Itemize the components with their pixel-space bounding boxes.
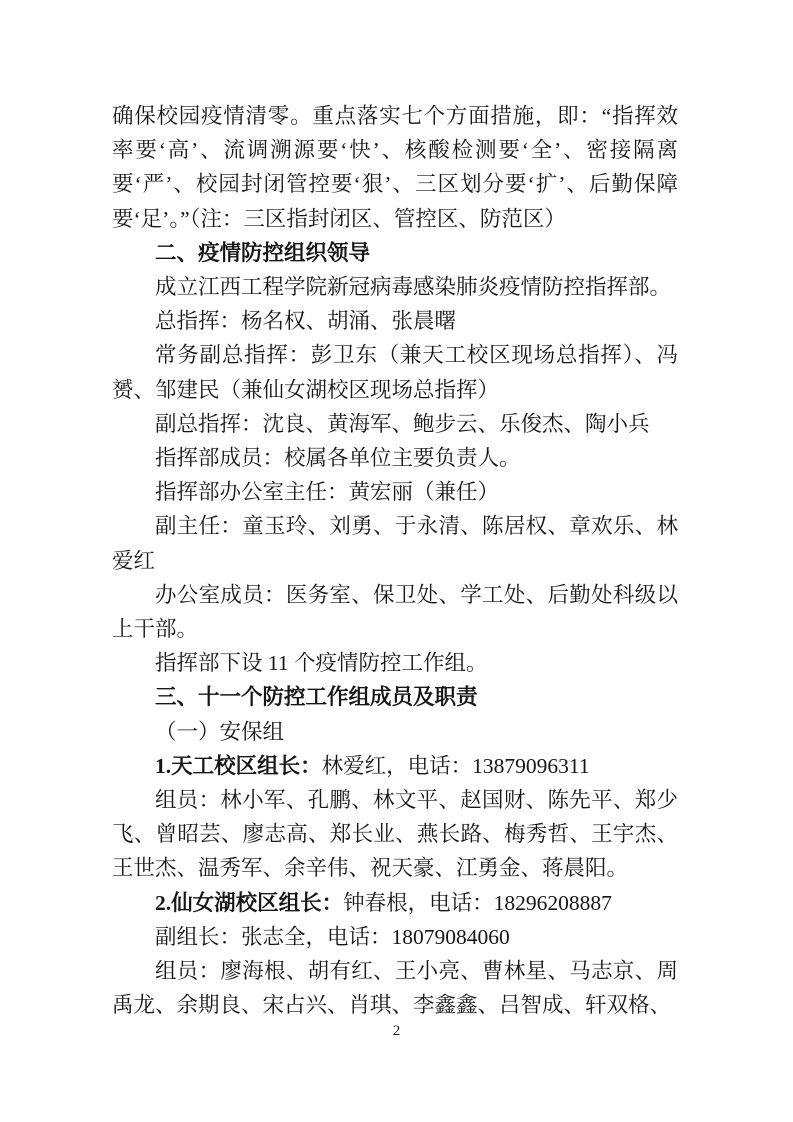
paragraph: 副组长：张志全，电话：18079084060 [112,920,678,954]
paragraph: 成立江西工程学院新冠病毒感染肺炎疫情防控指挥部。 [112,270,678,304]
paragraph: 指挥部办公室主任：黄宏丽（兼任） [112,475,678,509]
text-run: 副组长：张志全，电话：18079084060 [155,925,510,949]
paragraph: 指挥部成员：校属各单位主要负责人。 [112,441,678,475]
text-run: 林爱红，电话：13879096311 [322,754,590,778]
text-run: 副主任：童玉玲、刘勇、于永清、陈居权、章欢乐、林爱红 [112,514,678,572]
section-heading: 三、十一个防控工作组成员及职责 [112,680,678,714]
text-run: （一）安保组 [155,720,284,744]
document-body: 确保校园疫情清零。重点落实七个方面措施，即：“指挥效率要‘高’、流调溯源要‘快’… [112,99,678,1022]
page-number: 2 [393,1023,401,1039]
text-run: 指挥部办公室主任：黄宏丽（兼任） [155,480,499,504]
paragraph: 办公室成员：医务室、保卫处、学工处、后勤处科级以上干部。 [112,578,678,646]
text-run: 1.天工校区组长： [155,754,322,778]
paragraph: 常务副总指挥：彭卫东（兼天工校区现场总指挥）、冯赟、邹建民（兼仙女湖校区现场总指… [112,338,678,406]
section-heading: 二、疫情防控组织领导 [112,236,678,270]
paragraph: 组员：廖海根、胡有红、王小亮、曹林星、马志京、周禹龙、余期良、宋占兴、肖琪、李鑫… [112,954,678,1022]
paragraph: 指挥部下设 11 个疫情防控工作组。 [112,646,678,680]
text-run: 组员：廖海根、胡有红、王小亮、曹林星、马志京、周禹龙、余期良、宋占兴、肖琪、李鑫… [112,959,678,1017]
paragraph: 组员：林小军、孔鹏、林文平、赵国财、陈先平、郑少飞、曾昭芸、廖志高、郑长业、燕长… [112,783,678,886]
text-run: 指挥部成员：校属各单位主要负责人。 [155,446,521,470]
text-run: 办公室成员：医务室、保卫处、学工处、后勤处科级以上干部。 [112,583,678,641]
text-run: 指挥部下设 11 个疫情防控工作组。 [155,651,487,675]
page-footer: 2 [0,1022,793,1040]
paragraph: （一）安保组 [112,715,678,749]
text-run: 组员：林小军、孔鹏、林文平、赵国财、陈先平、郑少飞、曾昭芸、廖志高、郑长业、燕长… [112,788,678,880]
text-run: 副总指挥：沈良、黄海军、鲍步云、乐俊杰、陶小兵 [155,412,650,436]
paragraph: 总指挥：杨名权、胡涌、张晨曙 [112,304,678,338]
text-run: 总指挥：杨名权、胡涌、张晨曙 [155,309,456,333]
paragraph: 2.仙女湖校区组长：钟春根，电话：18296208887 [112,886,678,920]
paragraph: 1.天工校区组长：林爱红，电话：13879096311 [112,749,678,783]
paragraph: 副主任：童玉玲、刘勇、于永清、陈居权、章欢乐、林爱红 [112,509,678,577]
text-run: 常务副总指挥：彭卫东（兼天工校区现场总指挥）、冯赟、邹建民（兼仙女湖校区现场总指… [112,343,678,401]
text-run: 三、十一个防控工作组成员及职责 [155,685,478,709]
text-run: 确保校园疫情清零。重点落实七个方面措施，即：“指挥效率要‘高’、流调溯源要‘快’… [112,104,678,231]
text-run: 二、疫情防控组织领导 [155,241,370,265]
paragraph: 确保校园疫情清零。重点落实七个方面措施，即：“指挥效率要‘高’、流调溯源要‘快’… [112,99,678,236]
text-run: 成立江西工程学院新冠病毒感染肺炎疫情防控指挥部。 [155,275,671,299]
text-run: 2.仙女湖校区组长： [155,891,343,915]
paragraph: 副总指挥：沈良、黄海军、鲍步云、乐俊杰、陶小兵 [112,407,678,441]
text-run: 钟春根，电话：18296208887 [343,891,612,915]
document-page: 确保校园疫情清零。重点落实七个方面措施，即：“指挥效率要‘高’、流调溯源要‘快’… [0,0,793,1122]
